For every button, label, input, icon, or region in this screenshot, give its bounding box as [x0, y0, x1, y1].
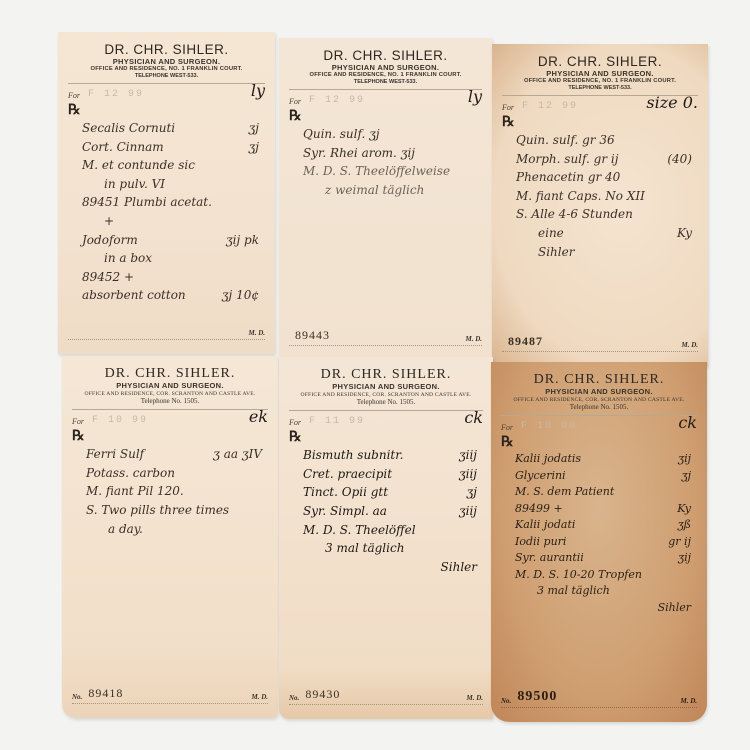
rx-line: Syr. Simpl. aaʒiij: [289, 502, 483, 521]
rx-line: +: [68, 212, 265, 231]
doctor-name: DR. CHR. SIHLER.: [68, 42, 265, 58]
rx-line: z weimal täglich: [289, 181, 482, 200]
rx-symbol: ℞: [502, 114, 698, 131]
rx-line: a day.: [72, 520, 268, 539]
for-label: For: [502, 103, 514, 112]
signature: Sihler: [502, 243, 698, 262]
rx-line: 89451 Plumbi acetat.: [68, 193, 265, 212]
telephone: Telephone No. 1505.: [501, 403, 697, 411]
rx-line: Potass. carbon: [72, 464, 268, 483]
initials: ly: [468, 87, 482, 106]
for-label: For: [72, 417, 84, 426]
rx-line: M. et contunde sic: [68, 156, 265, 175]
rx-symbol: ℞: [289, 429, 483, 446]
rx-line: Bismuth subnitr.ʒiij: [289, 446, 483, 465]
slip-footer: 89487 M. D.: [502, 334, 698, 352]
rx-line: Phenacetin gr 40: [502, 168, 698, 187]
signature: Sihler: [501, 600, 697, 617]
for-label: For: [68, 91, 80, 100]
rx-line: M. fiant Caps. No XII: [502, 187, 698, 206]
doctor-title: PHYSICIAN AND SURGEON.: [68, 58, 265, 67]
prescription-slip-6: DR. CHR. SIHLER. PHYSICIAN AND SURGEON. …: [491, 362, 707, 722]
signature: Sihler: [289, 558, 483, 577]
letterhead: DR. CHR. SIHLER. PHYSICIAN AND SURGEON. …: [289, 367, 483, 406]
md-label: M. D.: [248, 329, 265, 337]
rx-line: Cort. Cinnamʒj: [68, 138, 265, 157]
handwritten-prescription: Bismuth subnitr.ʒiij Cret. praecipitʒiij…: [289, 446, 483, 576]
md-label: M. D.: [681, 341, 698, 349]
for-row: For F 12 99 size 0.: [502, 98, 698, 112]
rx-line: Morph. sulf. gr ij(40): [502, 150, 698, 169]
letterhead: DR. CHR. SIHLER. PHYSICIAN AND SURGEON. …: [289, 48, 482, 85]
slip-footer: No. 89500 M. D.: [501, 689, 697, 708]
rx-line: S. Alle 4-6 Stunden: [502, 205, 698, 224]
rx-line: Quin. sulf. gr 36: [502, 131, 698, 150]
telephone: TELEPHONE WEST-533.: [502, 85, 698, 91]
telephone: Telephone No. 1505.: [289, 398, 483, 406]
handwritten-prescription: Kalii jodatisʒij Glyceriniʒj M. S. dem P…: [501, 451, 697, 616]
rx-line: S. Two pills three times: [72, 501, 268, 520]
letterhead: DR. CHR. SIHLER. PHYSICIAN AND SURGEON. …: [72, 366, 268, 405]
date-stamp: F 11 99: [309, 416, 365, 427]
for-row: For F 12 99 ly: [68, 86, 265, 100]
divider: [289, 89, 482, 90]
rx-line: Tinct. Opii gttʒj: [289, 483, 483, 502]
date-stamp: F 12 99: [522, 101, 578, 112]
rx-line: eineKy: [502, 224, 698, 243]
divider: [289, 410, 483, 411]
rx-line: Secalis Cornutiʒj: [68, 119, 265, 138]
telephone: Telephone No. 1505.: [72, 397, 268, 405]
rx-line: Syr. aurantiiʒij: [501, 550, 697, 567]
doctor-title: PHYSICIAN AND SURGEON.: [289, 64, 482, 73]
rx-line: Jodoformʒij pk: [68, 231, 265, 250]
rx-line: in a box: [68, 249, 265, 268]
for-row: For F 10 99 ek: [72, 412, 268, 426]
letterhead: DR. CHR. SIHLER. PHYSICIAN AND SURGEON. …: [68, 42, 265, 79]
divider: [501, 415, 697, 416]
rx-line: in pulv. VI: [68, 175, 265, 194]
office-address: OFFICE AND RESIDENCE, NO. 1 FRANKLIN COU…: [68, 66, 265, 73]
date-stamp: F 10 99: [521, 421, 577, 432]
divider: [68, 83, 265, 84]
rx-line: Quin. sulf. ʒj: [289, 125, 482, 144]
for-row: For F 10 99 ck: [501, 418, 697, 432]
rx-line: M. D. S. Theelöffelweise: [289, 162, 482, 181]
doctor-title: PHYSICIAN AND SURGEON.: [72, 382, 268, 391]
prescription-slip-5: DR. CHR. SIHLER. PHYSICIAN AND SURGEON. …: [279, 357, 493, 719]
divider: [72, 409, 268, 410]
handwritten-prescription: Ferri Sulfʒ aa ʒIV Potass. carbon M. fia…: [72, 445, 268, 538]
doctor-title: PHYSICIAN AND SURGEON.: [501, 388, 697, 397]
prescription-slip-2: DR. CHR. SIHLER. PHYSICIAN AND SURGEON. …: [279, 38, 492, 360]
date-stamp: F 12 99: [309, 95, 365, 106]
doctor-name: DR. CHR. SIHLER.: [72, 366, 268, 382]
rx-symbol: ℞: [68, 102, 265, 119]
date-stamp: F 12 99: [88, 89, 144, 100]
rx-line: M. S. dem Patient: [501, 484, 697, 501]
for-label: For: [289, 97, 301, 106]
prescription-number: 89487: [508, 334, 543, 349]
md-label: M. D.: [251, 693, 268, 701]
slip-footer: No. 89418 M. D.: [72, 686, 268, 704]
rx-line: Kalii jodatiʒß: [501, 517, 697, 534]
telephone: TELEPHONE WEST-533.: [289, 79, 482, 85]
doctor-title: PHYSICIAN AND SURGEON.: [502, 70, 698, 79]
initials: size 0.: [646, 93, 698, 112]
for-row: For F 11 99 ck: [289, 413, 483, 427]
letterhead: DR. CHR. SIHLER. PHYSICIAN AND SURGEON. …: [501, 372, 697, 411]
handwritten-prescription: Quin. sulf. gr 36 Morph. sulf. gr ij(40)…: [502, 131, 698, 261]
prescription-number: 89500: [517, 689, 557, 705]
rx-line: M. D. S. Theelöffel: [289, 521, 483, 540]
no-label: No.: [289, 694, 299, 702]
prescription-slip-1: DR. CHR. SIHLER. PHYSICIAN AND SURGEON. …: [58, 32, 275, 354]
rx-symbol: ℞: [289, 108, 482, 125]
handwritten-prescription: Secalis Cornutiʒj Cort. Cinnamʒj M. et c…: [68, 119, 265, 305]
rx-line: M. D. S. 10-20 Tropfen: [501, 567, 697, 584]
for-row: For F 12 99 ly: [289, 92, 482, 106]
initials: ek: [249, 407, 268, 426]
md-label: M. D.: [680, 697, 697, 705]
office-address: OFFICE AND RESIDENCE, NO. 1 FRANKLIN COU…: [502, 78, 698, 85]
for-label: For: [289, 418, 301, 427]
handwritten-directions: M. D. S. Theelöffelweise z weimal täglic…: [289, 162, 482, 199]
doctor-title: PHYSICIAN AND SURGEON.: [289, 383, 483, 392]
md-label: M. D.: [466, 694, 483, 702]
initials: ck: [678, 413, 697, 432]
rx-line: Kalii jodatisʒij: [501, 451, 697, 468]
rx-line: Glyceriniʒj: [501, 468, 697, 485]
md-label: M. D.: [465, 335, 482, 343]
slip-footer: 89443 M. D.: [289, 328, 482, 346]
doctor-name: DR. CHR. SIHLER.: [289, 48, 482, 64]
rx-symbol: ℞: [501, 434, 697, 451]
prescription-slip-4: DR. CHR. SIHLER. PHYSICIAN AND SURGEON. …: [62, 356, 278, 718]
initials: ly: [251, 81, 265, 100]
doctor-name: DR. CHR. SIHLER.: [501, 372, 697, 388]
rx-line: Syr. Rhei arom. ʒij: [289, 144, 482, 163]
rx-line: 3 mal täglich: [289, 539, 483, 558]
prescription-slip-3: DR. CHR. SIHLER. PHYSICIAN AND SURGEON. …: [492, 44, 708, 366]
letterhead: DR. CHR. SIHLER. PHYSICIAN AND SURGEON. …: [502, 54, 698, 91]
handwritten-prescription: Quin. sulf. ʒj Syr. Rhei arom. ʒij: [289, 125, 482, 162]
slip-footer: No. 89430 M. D.: [289, 687, 483, 705]
initials: ck: [464, 408, 483, 427]
telephone: TELEPHONE WEST-533.: [68, 73, 265, 79]
office-address: OFFICE AND RESIDENCE, NO. 1 FRANKLIN COU…: [289, 72, 482, 79]
doctor-name: DR. CHR. SIHLER.: [289, 367, 483, 383]
rx-line: Cret. praecipitʒiij: [289, 465, 483, 484]
slip-footer: M. D.: [68, 329, 265, 340]
rx-line: 3 mal täglich: [501, 583, 697, 600]
no-label: No.: [72, 693, 82, 701]
rx-line: Ferri Sulfʒ aa ʒIV: [72, 445, 268, 464]
no-label: No.: [501, 697, 511, 705]
for-label: For: [501, 423, 513, 432]
date-stamp: F 10 99: [92, 415, 148, 426]
rx-line: absorbent cottonʒj 10¢: [68, 286, 265, 305]
rx-symbol: ℞: [72, 428, 268, 445]
rx-line: 89452 +: [68, 268, 265, 287]
rx-line: 89499 +Ky: [501, 501, 697, 518]
prescription-number: 89418: [88, 686, 123, 701]
rx-line: M. fiant Pil 120.: [72, 482, 268, 501]
prescription-number: 89430: [305, 687, 340, 702]
rx-line: Iodii purigr ij: [501, 534, 697, 551]
prescription-number: 89443: [295, 328, 330, 343]
doctor-name: DR. CHR. SIHLER.: [502, 54, 698, 70]
